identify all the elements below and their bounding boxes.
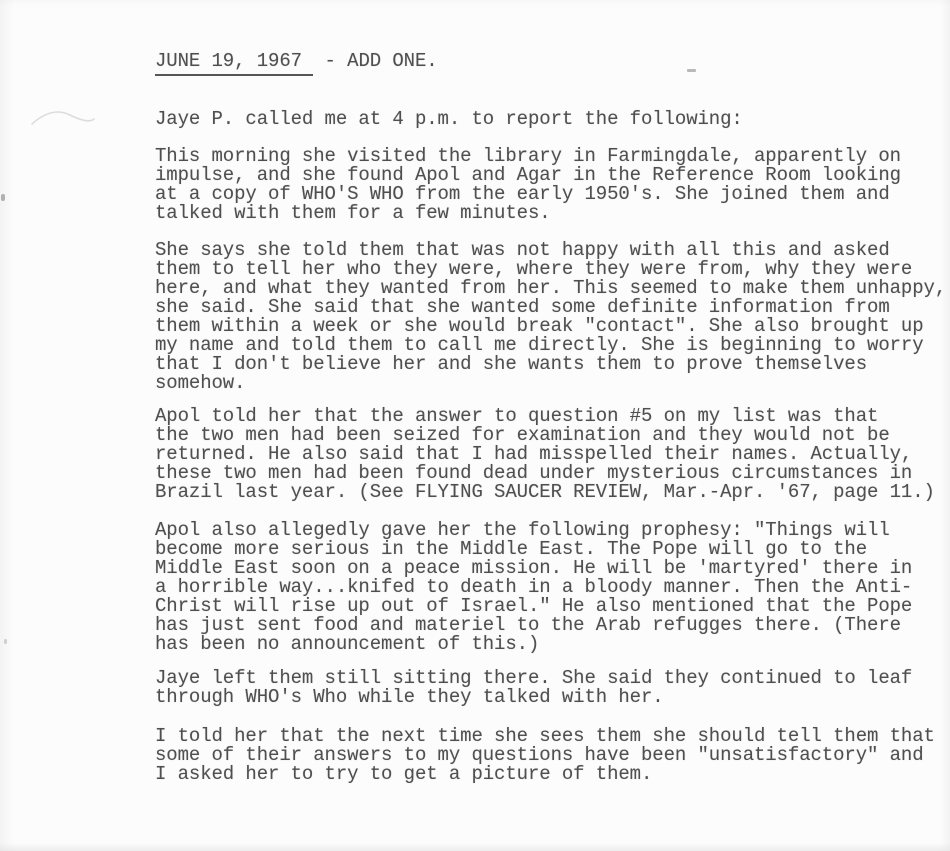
memo-body: JUNE 19, 1967 - ADD ONE. Jaye P. called … xyxy=(155,52,945,784)
memo-date: JUNE 19, 1967 xyxy=(155,50,313,76)
paragraph-closing: I told her that the next time she sees t… xyxy=(155,727,945,784)
paragraph-prophesy: Apol also allegedly gave her the followi… xyxy=(155,521,945,654)
paragraph-library-visit: This morning she visited the library in … xyxy=(155,147,945,223)
scanned-document-page: JUNE 19, 1967 - ADD ONE. Jaye P. called … xyxy=(0,0,950,851)
memo-title: JUNE 19, 1967 - ADD ONE. xyxy=(155,52,945,71)
edge-speck-mark xyxy=(1,194,5,201)
memo-title-suffix: - ADD ONE. xyxy=(313,50,437,72)
pencil-arc-mark xyxy=(30,104,96,132)
paragraph-question-five: Apol told her that the answer to questio… xyxy=(155,407,945,502)
paragraph-demands: She says she told them that was not happ… xyxy=(155,241,945,393)
edge-speck-mark-2 xyxy=(4,639,7,644)
paragraph-departure: Jaye left them still sitting there. She … xyxy=(155,669,945,707)
paragraph-intro: Jaye P. called me at 4 p.m. to report th… xyxy=(155,110,945,129)
